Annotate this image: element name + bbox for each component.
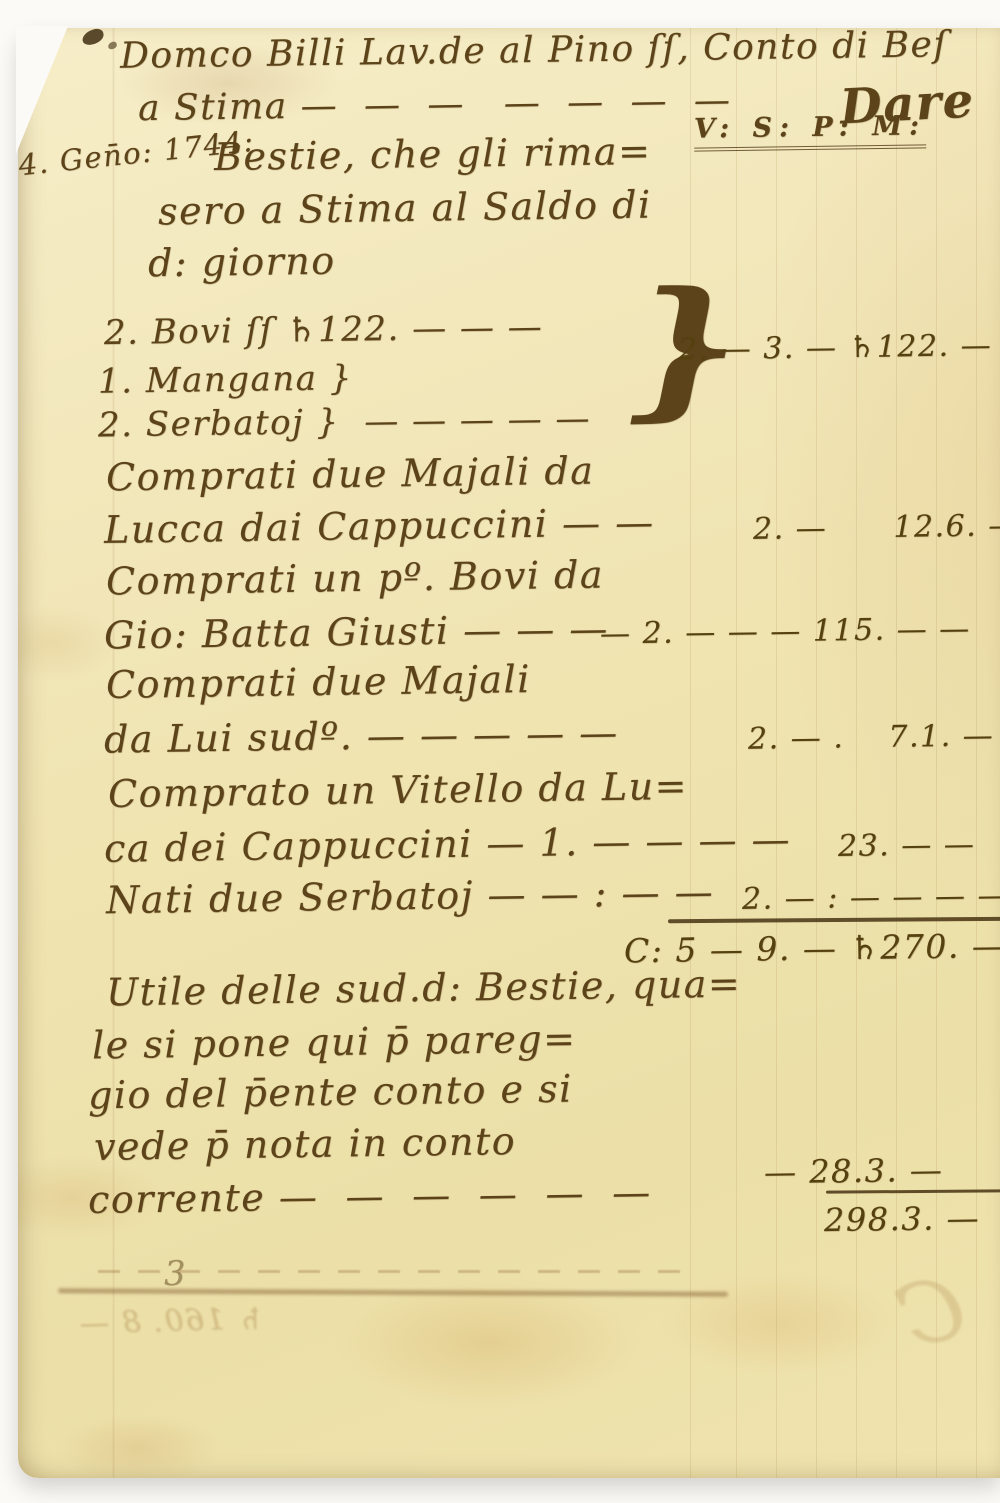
opening-line1: Bestie, che gli rima= <box>214 129 652 179</box>
grand-total-amount: 298.3. — <box>824 1199 980 1239</box>
calf-lucca-amounts: 23. — — <box>838 827 976 864</box>
worn-corner <box>16 26 68 154</box>
smudged-line <box>58 1288 728 1297</box>
opening-line3: d: giorno <box>148 239 336 286</box>
oxen-giusti-line2: Gio: Batta Giusti — — — <box>104 606 609 657</box>
scanned-manuscript-screenshot: { "document_type": "Handwritten account … <box>0 0 1000 1503</box>
livestock-amounts: 2. — 3. — ♄122. — — <box>678 328 1000 368</box>
subtotal-rule <box>668 917 1000 923</box>
verso-show-through-text: ♄ 160. 8 — <box>78 1302 265 1342</box>
ink-blot <box>80 27 105 47</box>
grand-total-rule <box>826 1189 1000 1193</box>
column-ruling-line <box>690 28 691 1478</box>
account-title-line1: Domco Billi Lav.de al Pino ſſ, Conto di … <box>120 24 949 77</box>
column-ruling-line <box>736 28 737 1478</box>
pigs-same-line1: Comprati due Majali <box>106 657 531 707</box>
oxen-giusti-line1: Comprati un pº. Bovi da <box>106 553 605 604</box>
calf-lucca-line2: ca dei Cappuccini — 1. — — — — <box>104 817 792 871</box>
column-headers: V: S: P: M: <box>694 110 927 151</box>
profit-line4: vede p̄ nota in conto <box>94 1119 517 1169</box>
born-piglets-amounts: 2. — : — — — — <box>742 878 1000 917</box>
pigs-lucca-line2: Lucca dai Cappuccini — — <box>104 500 655 552</box>
profit-line2: le si pone qui p̄ pareg= <box>92 1017 577 1068</box>
calf-lucca-line1: Comprato un Vitello da Lu= <box>108 764 689 816</box>
opening-line2: sero a Stima al Saldo di <box>158 183 652 234</box>
profit-amount: — 28.3. — <box>764 1151 944 1191</box>
pigs-lucca-amounts: 2. — 12.6. — <box>753 508 1000 547</box>
born-piglets-line: Nati due Serbatoj — — : — — <box>106 870 715 922</box>
profit-line3: gio del p̄ente conto e si <box>88 1067 573 1118</box>
ledger-page: Domco Billi Lav.de al Pino ſſ, Conto di … <box>18 28 1000 1478</box>
oxen-giusti-amounts: — 2. — — — 115. — — <box>600 611 971 651</box>
pigs-same-line2: da Lui sudº. — — — — — <box>104 710 619 761</box>
verso-flourish: C <box>887 1257 976 1369</box>
pigs-lucca-line1: Comprati due Majali da <box>106 449 595 500</box>
faint-dash-row <box>98 1270 698 1273</box>
livestock-piglets-line: 2. Serbatoj } — — — — — <box>98 399 591 446</box>
profit-line5: corrente — — — — — — <box>88 1170 652 1222</box>
profit-line1: Utile delle sud.d: Bestie, qua= <box>106 962 742 1015</box>
account-title-line2: a Stima — — — — — — — <box>138 80 732 129</box>
livestock-oxen-line: 2. Bovi ſſ ♄122. — — — <box>104 307 544 353</box>
pigs-same-amounts: 2. — . 7.1. — <box>748 718 995 756</box>
livestock-mangana-line: 1. Mangana } <box>98 358 353 402</box>
